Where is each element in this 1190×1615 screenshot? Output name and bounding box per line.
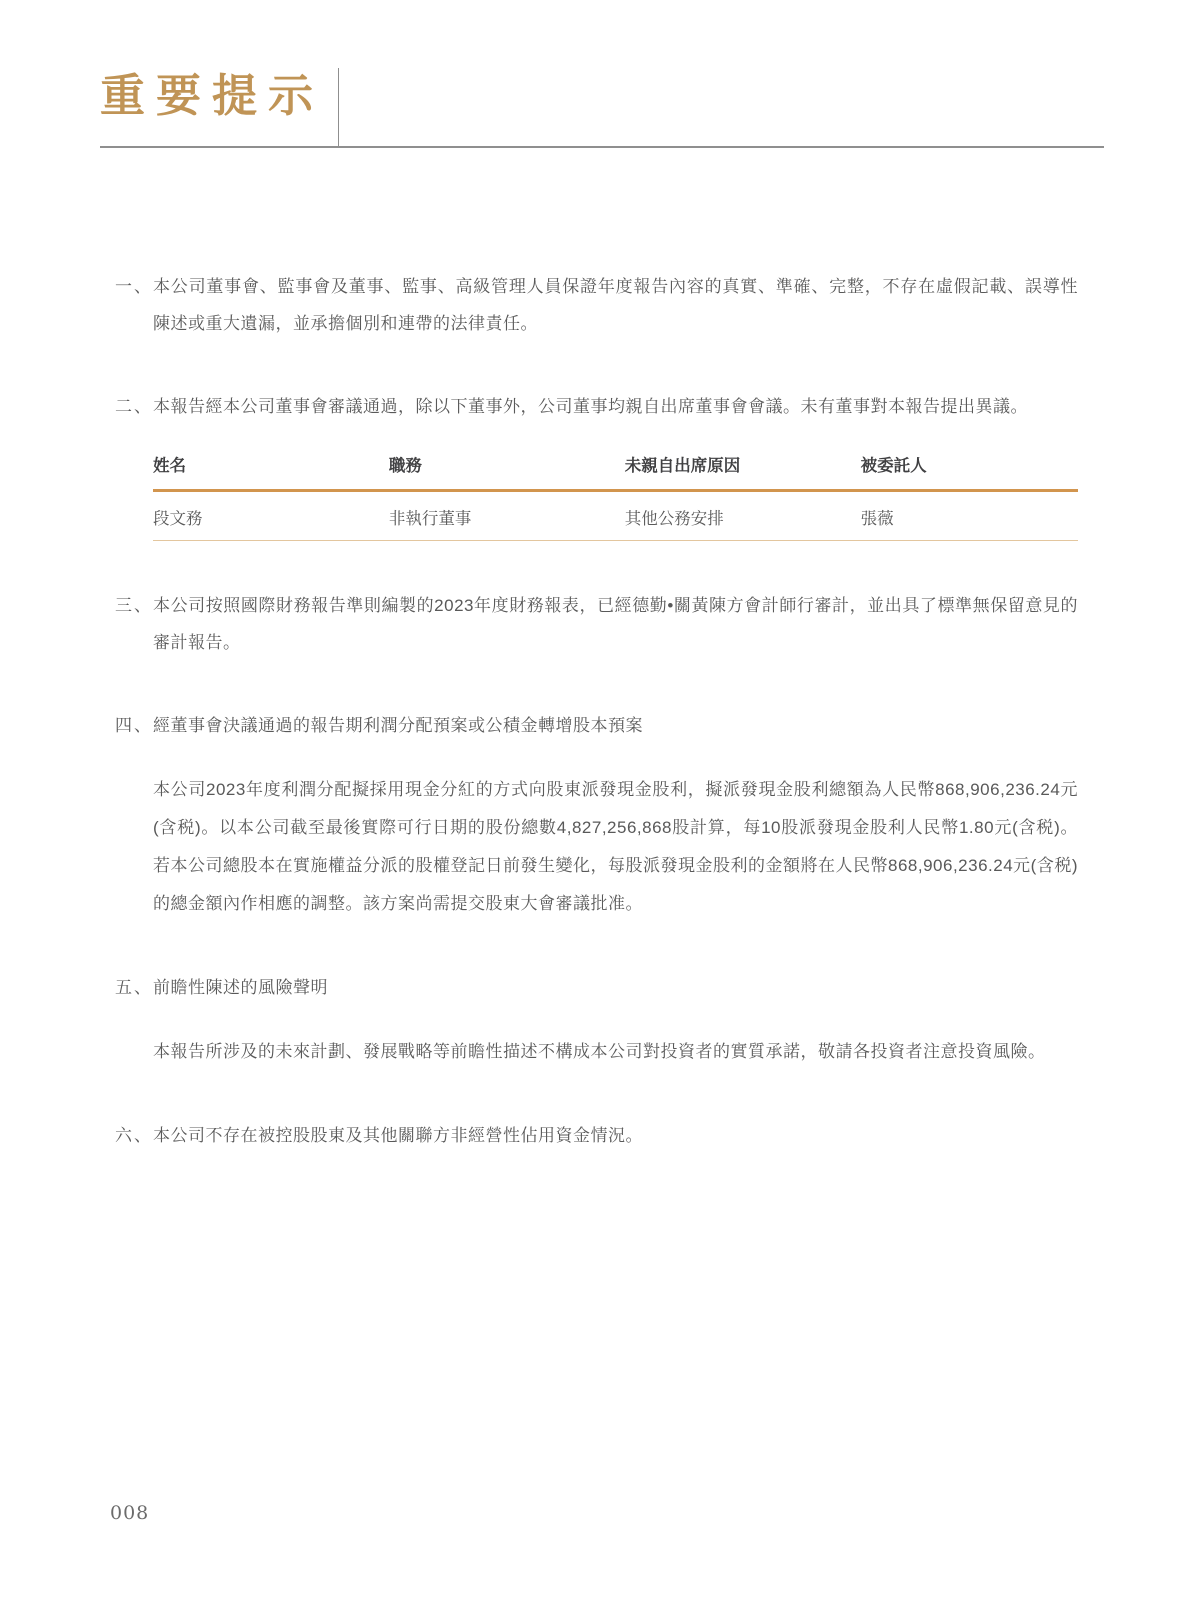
item-4-text: 經董事會決議通過的報告期利潤分配預案或公積金轉增股本預案 <box>153 707 1078 744</box>
item-3-body: 本公司按照國際財務報告準則編製的2023年度財務報表，已經德勤•關黃陳方會計師行… <box>153 587 1078 661</box>
item-6-text: 本公司不存在被控股股東及其他關聯方非經營性佔用資金情況。 <box>153 1117 1078 1154</box>
item-6-body: 本公司不存在被控股股東及其他關聯方非經營性佔用資金情況。 <box>153 1117 1078 1154</box>
item-1-body: 本公司董事會、監事會及董事、監事、高級管理人員保證年度報告內容的真實、準確、完整… <box>153 268 1078 342</box>
item-3-text: 本公司按照國際財務報告準則編製的2023年度財務報表，已經德勤•關黃陳方會計師行… <box>153 587 1078 661</box>
item-1-number: 一、 <box>115 268 153 342</box>
absent-directors-table: 姓名 職務 未親自出席原因 被委託人 段文務 非執行董事 其他公務安排 <box>153 452 1078 541</box>
item-5-text: 前瞻性陳述的風險聲明 <box>153 969 1078 1006</box>
notice-item-2: 二、 本報告經本公司董事會審議通過，除以下董事外，公司董事均親自出席董事會會議。… <box>115 388 1078 541</box>
item-5-number: 五、 <box>115 969 153 1071</box>
item-1-text: 本公司董事會、監事會及董事、監事、高級管理人員保證年度報告內容的真實、準確、完整… <box>153 268 1078 342</box>
item-6-number: 六、 <box>115 1117 153 1154</box>
cell-name: 段文務 <box>153 491 389 541</box>
notice-item-6: 六、 本公司不存在被控股股東及其他關聯方非經營性佔用資金情況。 <box>115 1117 1078 1154</box>
notice-item-4: 四、 經董事會決議通過的報告期利潤分配預案或公積金轉增股本預案 本公司2023年… <box>115 707 1078 923</box>
page-number: 008 <box>110 1502 149 1524</box>
notice-list: 一、 本公司董事會、監事會及董事、監事、高級管理人員保證年度報告內容的真實、準確… <box>100 268 1104 1154</box>
item-2-body: 本報告經本公司董事會審議通過，除以下董事外，公司董事均親自出席董事會會議。未有董… <box>153 388 1078 541</box>
table-row: 段文務 非執行董事 其他公務安排 張薇 <box>153 491 1078 541</box>
item-2-number: 二、 <box>115 388 153 541</box>
cell-absence-reason: 其他公務安排 <box>625 491 861 541</box>
title-row: 重要提示 <box>100 66 1104 146</box>
table-header-row: 姓名 職務 未親自出席原因 被委託人 <box>153 452 1078 491</box>
notice-item-5: 五、 前瞻性陳述的風險聲明 本報告所涉及的未來計劃、發展戰略等前瞻性描述不構成本… <box>115 969 1078 1071</box>
item-3-number: 三、 <box>115 587 153 661</box>
page-title: 重要提示 <box>100 66 1104 126</box>
table-header-position: 職務 <box>389 452 625 491</box>
cell-position: 非執行董事 <box>389 491 625 541</box>
header-vertical-divider <box>338 68 339 146</box>
notice-item-1: 一、 本公司董事會、監事會及董事、監事、高級管理人員保證年度報告內容的真實、準確… <box>115 268 1078 342</box>
item-4-body: 經董事會決議通過的報告期利潤分配預案或公積金轉增股本預案 本公司2023年度利潤… <box>153 707 1078 923</box>
table-header-name: 姓名 <box>153 452 389 491</box>
item-5-body: 前瞻性陳述的風險聲明 本報告所涉及的未來計劃、發展戰略等前瞻性描述不構成本公司對… <box>153 969 1078 1071</box>
document-page: 重要提示 一、 本公司董事會、監事會及董事、監事、高級管理人員保證年度報告內容的… <box>0 0 1190 1615</box>
item-4-number: 四、 <box>115 707 153 923</box>
item-5-paragraph: 本報告所涉及的未來計劃、發展戰略等前瞻性描述不構成本公司對投資者的實質承諾，敬請… <box>153 1033 1078 1071</box>
absent-directors-table-wrap: 姓名 職務 未親自出席原因 被委託人 段文務 非執行董事 其他公務安排 <box>153 452 1078 541</box>
table-header-proxy: 被委託人 <box>861 452 1078 491</box>
table-header-absence-reason: 未親自出席原因 <box>625 452 861 491</box>
header-horizontal-divider <box>100 146 1104 148</box>
notice-item-3: 三、 本公司按照國際財務報告準則編製的2023年度財務報表，已經德勤•關黃陳方會… <box>115 587 1078 661</box>
item-2-text: 本報告經本公司董事會審議通過，除以下董事外，公司董事均親自出席董事會會議。未有董… <box>153 388 1078 425</box>
cell-proxy: 張薇 <box>861 491 1078 541</box>
page-header: 重要提示 <box>100 66 1104 148</box>
item-4-paragraph: 本公司2023年度利潤分配擬採用現金分紅的方式向股東派發現金股利，擬派發現金股利… <box>153 771 1078 923</box>
